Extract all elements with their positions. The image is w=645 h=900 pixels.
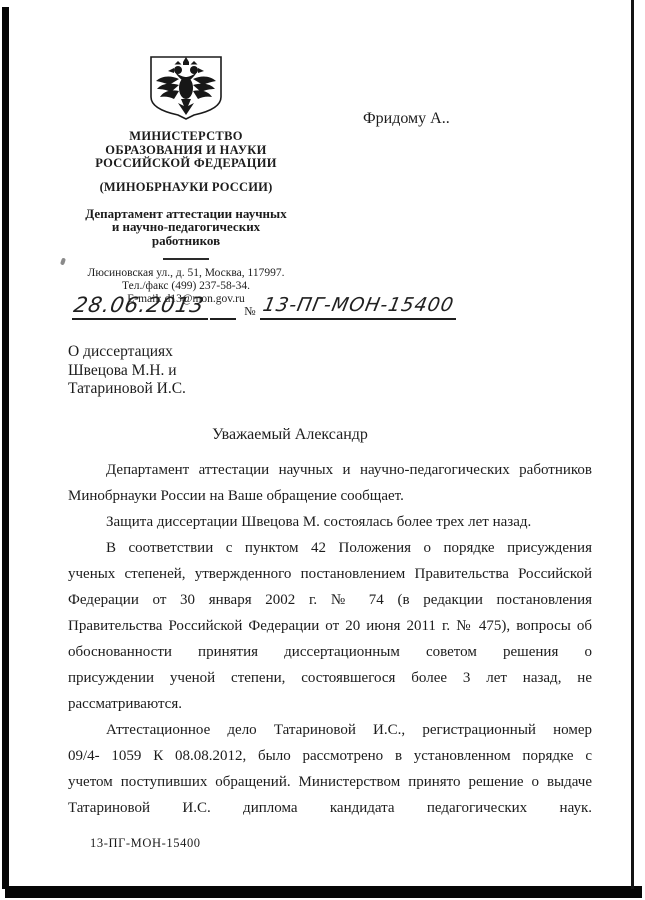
subject-line: О диссертациях: [68, 343, 186, 362]
ministry-name-line: ОБРАЗОВАНИЯ И НАУКИ: [55, 144, 317, 158]
blank-underline: [210, 294, 236, 320]
handwritten-date: 28.06.2013: [70, 293, 211, 318]
coat-of-arms-icon: [148, 55, 224, 121]
ministry-name-line: РОССИЙСКОЙ ФЕДЕРАЦИИ: [55, 157, 317, 171]
department-name-line: Департамент аттестации научных: [55, 207, 317, 221]
registration-row: 28.06.2013№13-ПГ-МОН-15400: [72, 293, 392, 320]
body-line: рассматриваются.: [68, 691, 592, 717]
scan-artifact-left-edge: [2, 7, 9, 889]
addressee: Фридому А..: [363, 110, 450, 128]
letter-body: Департамент аттестации научных и научно-…: [68, 457, 592, 821]
body-line: В соответствии с пунктом 42 Положения о …: [68, 535, 592, 561]
letterhead-divider: [163, 258, 209, 260]
letterhead: МИНИСТЕРСТВО ОБРАЗОВАНИЯ И НАУКИ РОССИЙС…: [55, 55, 317, 306]
subject-block: О диссертациях Швецова М.Н. и Татариново…: [68, 343, 186, 399]
ministry-name-line: МИНИСТЕРСТВО: [55, 130, 317, 144]
body-line: учетом поступивших обращений. Министерст…: [68, 769, 592, 795]
scan-artifact-right-edge: [631, 0, 634, 889]
salutation: Уважаемый Александр: [28, 426, 552, 444]
ministry-short-name: (МИНОБРНАУКИ РОССИИ): [55, 180, 317, 195]
scanned-letter-page: МИНИСТЕРСТВО ОБРАЗОВАНИЯ И НАУКИ РОССИЙС…: [0, 0, 645, 900]
department-name: Департамент аттестации научных и научно-…: [55, 207, 317, 248]
postal-address: Люсиновская ул., д. 51, Москва, 117997.: [55, 267, 317, 280]
body-line: Правительства Российской Федерации от 20…: [68, 613, 592, 639]
body-line: Департамент аттестации научных и научно-…: [68, 457, 592, 483]
body-line: Минобрнауки России на Ваше обращение соо…: [68, 483, 592, 509]
department-name-line: работников: [55, 234, 317, 248]
body-line: Аттестационное дело Татариновой И.С., ре…: [68, 717, 592, 743]
body-line: Федерации от 30 января 2002 г. № 74 (в р…: [68, 587, 592, 613]
body-line: 09/4- 1059 К 08.08.2012, было рассмотрен…: [68, 743, 592, 769]
number-sign: №: [244, 304, 255, 318]
body-line: присуждении ученой степени, состоявшегос…: [68, 665, 592, 691]
subject-line: Татариновой И.С.: [68, 380, 186, 399]
footer-reference-number: 13-ПГ-МОН-15400: [90, 836, 201, 851]
body-line: ученых степеней, утвержденного постановл…: [68, 561, 592, 587]
body-line: обоснованности принятия диссертационным …: [68, 639, 592, 665]
phone-fax: Тел./факс (499) 237-58-34.: [55, 280, 317, 293]
ministry-name: МИНИСТЕРСТВО ОБРАЗОВАНИЯ И НАУКИ РОССИЙС…: [55, 130, 317, 171]
scan-artifact-bottom-edge: [5, 886, 642, 898]
department-name-line: и научно-педагогических: [55, 220, 317, 234]
body-line: Татариновой И.С. диплома кандидата педаг…: [68, 795, 592, 821]
handwritten-number: 13-ПГ-МОН-15400: [257, 294, 458, 318]
subject-line: Швецова М.Н. и: [68, 362, 186, 381]
body-line: Защита диссертации Швецова М. состоялась…: [68, 509, 592, 535]
